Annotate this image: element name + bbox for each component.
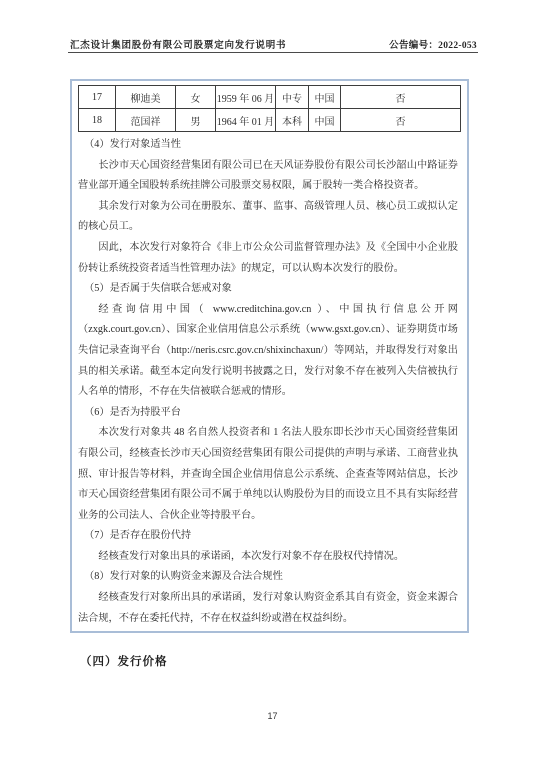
section-4-para-1: 长沙市天心国资经营集团有限公司已在天风证券股份有限公司长沙韶山中路证券营业部开通… [78, 156, 458, 197]
section-6-para-1: 本次发行对象共 48 名自然人投资者和 1 名法人股东即长沙市天心国资经营集团有… [78, 423, 458, 526]
cell-education: 本科 [276, 109, 309, 132]
cell-no: 18 [79, 109, 116, 132]
page-number: 17 [0, 711, 545, 721]
section-7-para-1: 经核查发行对象出具的承诺函，本次发行对象不存在股权代持情况。 [78, 547, 458, 568]
section-heading-issue-price: （四）发行价格 [80, 653, 168, 669]
cell-birth: 1959 年 06 月 [216, 86, 276, 109]
header-rule [68, 52, 478, 53]
cell-gender: 男 [176, 109, 216, 132]
investor-table: 17 柳迪美 女 1959 年 06 月 中专 中国 否 18 范国祥 男 19… [78, 85, 461, 132]
header-announcement-no: 公告编号：2022-053 [389, 37, 477, 51]
header-doc-title: 汇杰设计集团股份有限公司股票定向发行说明书 [70, 37, 286, 51]
section-5-para-1: 经查询信用中国（ www.creditchina.gov.cn ）、中国执行信息… [78, 300, 458, 403]
section-7-heading: （7）是否存在股份代持 [78, 526, 458, 547]
section-8-para-1: 经核查发行对象所出具的承诺函，发行对象认购资金系其自有资金，资金来源合法合规，不… [78, 588, 458, 629]
cell-flag: 否 [341, 109, 461, 132]
cell-gender: 女 [176, 86, 216, 109]
content-box: 17 柳迪美 女 1959 年 06 月 中专 中国 否 18 范国祥 男 19… [70, 79, 469, 633]
cell-name: 柳迪美 [116, 86, 176, 109]
cell-name: 范国祥 [116, 109, 176, 132]
table-row: 17 柳迪美 女 1959 年 06 月 中专 中国 否 [79, 86, 461, 109]
cell-education: 中专 [276, 86, 309, 109]
cell-nationality: 中国 [309, 86, 341, 109]
cell-no: 17 [79, 86, 116, 109]
section-text-block: （4）发行对象适当性 长沙市天心国资经营集团有限公司已在天风证券股份有限公司长沙… [72, 132, 467, 629]
section-5-heading: （5）是否属于失信联合惩戒对象 [78, 279, 458, 300]
section-4-para-3: 因此，本次发行对象符合《非上市公众公司监督管理办法》及《全国中小企业股份转让系统… [78, 238, 458, 279]
cell-birth: 1964 年 01 月 [216, 109, 276, 132]
section-4-heading: （4）发行对象适当性 [78, 135, 458, 156]
document-page: 汇杰设计集团股份有限公司股票定向发行说明书 公告编号：2022-053 17 柳… [0, 0, 545, 771]
section-4-para-2: 其余发行对象为公司在册股东、董事、监事、高级管理人员、核心员工或拟认定的核心员工… [78, 197, 458, 238]
section-6-heading: （6）是否为持股平台 [78, 403, 458, 424]
table-row: 18 范国祥 男 1964 年 01 月 本科 中国 否 [79, 109, 461, 132]
section-8-heading: （8）发行对象的认购资金来源及合法合规性 [78, 567, 458, 588]
cell-flag: 否 [341, 86, 461, 109]
cell-nationality: 中国 [309, 109, 341, 132]
